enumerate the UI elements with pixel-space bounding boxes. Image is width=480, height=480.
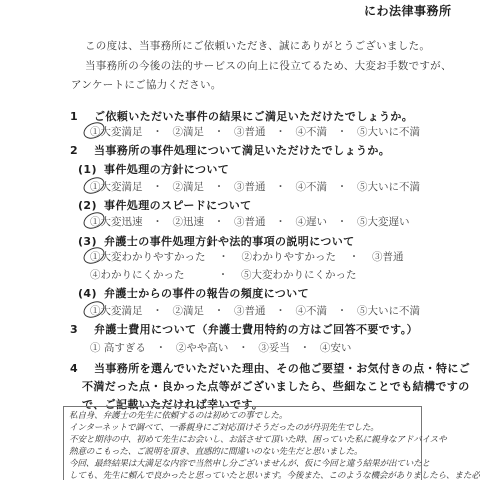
question-2: 2当事務所の事件処理について満足いただけたでしょうか。: [70, 142, 390, 158]
option-4[interactable]: ④わかりにくかった: [90, 267, 205, 282]
subquestion-4-options: ①大変満足・ ②満足・ ③普通・ ④不満・ ⑤大いに不満: [90, 303, 420, 318]
option-4[interactable]: ④遅い: [296, 214, 328, 229]
option-5[interactable]: ⑤大変わかりにくかった: [241, 267, 357, 282]
option-2[interactable]: ②わかりやすかった: [242, 249, 337, 264]
subquestion-2: (2)事件処理のスピードについて: [78, 197, 252, 213]
comment-line-2: インターネットで調べて、一番親身にご対応頂けそうだったのが丹羽先生でした。: [69, 421, 379, 433]
option-4[interactable]: ④不満: [296, 179, 328, 194]
option-2[interactable]: ②満足: [173, 179, 205, 194]
question-text-line-2: 不満だった点・良かった点等がございましたら、些細なことでも結構ですの: [82, 378, 470, 394]
option-1[interactable]: ① 高すぎる: [90, 340, 146, 355]
option-5[interactable]: ⑤大変遅い: [357, 214, 410, 229]
question-4: 4当事務所を選んでいただいた理由、その他ご要望・お気付きの点・特にご: [70, 360, 470, 376]
question-number: 1: [70, 110, 94, 123]
intro-line-2: 当事務所の今後の法的サービスの向上に役立てるため、大変お手数ですが、: [85, 58, 452, 73]
option-2[interactable]: ②やや高い: [176, 340, 229, 355]
comment-line-4: 熱意のこもった、ご説明を頂き、直感的に間違いのない先生だと思いました。: [69, 445, 362, 457]
subquestion-3: (3)弁護士の事件処理方針や法的事項の説明について: [78, 233, 355, 249]
comment-line-3: 不安と期待の中、初めて先生にお会いし、お話させて頂いた時、困っていた私に親身なア…: [69, 433, 446, 445]
intro-line-1: この度は、当事務所にご依頼いただき、誠にありがとうございました。: [85, 38, 430, 53]
subquestion-2-options: ①大変迅速・ ②迅速・ ③普通・ ④遅い・ ⑤大変遅い: [90, 214, 410, 229]
subquestion-1-options: ①大変満足・ ②満足・ ③普通・ ④不満・ ⑤大いに不満: [90, 179, 420, 194]
question-text: 当事務所の事件処理について満足いただけたでしょうか。: [94, 144, 390, 157]
question-number: 2: [70, 144, 94, 157]
firm-name: にわ法律事務所: [364, 2, 452, 19]
question-text-line-1: 当事務所を選んでいただいた理由、その他ご要望・お気付きの点・特にご: [94, 362, 470, 375]
question-3: 3弁護士費用について（弁護士費用特約の方はご回答不要です。）: [70, 321, 418, 337]
question-1-options: ①大変満足・ ②満足・ ③普通・ ④不満・ ⑤大いに不満: [90, 124, 420, 139]
question-text: 弁護士費用について（弁護士費用特約の方はご回答不要です。）: [94, 323, 418, 336]
question-3-options: ① 高すぎる・ ②やや高い・ ③妥当・ ④安い: [90, 340, 351, 355]
option-2[interactable]: ②迅速: [173, 214, 205, 229]
subquestion-1: (1)事件処理の方針について: [78, 161, 229, 177]
option-4[interactable]: ④安い: [320, 340, 352, 355]
question-number: 3: [70, 323, 94, 336]
comment-line-1: 私自身、弁護士の先生に依頼するのは初めての事でした。: [69, 409, 287, 421]
option-3[interactable]: ③妥当: [258, 340, 290, 355]
option-5[interactable]: ⑤大いに不満: [357, 179, 420, 194]
question-number: 4: [70, 362, 94, 375]
comment-line-6: しても、先生に頼んで良かったと思っていたと思います。今後また、このような機会があ…: [69, 469, 480, 480]
option-3[interactable]: ③普通: [372, 249, 404, 264]
option-3[interactable]: ③普通: [234, 214, 266, 229]
question-1: 1ご依頼いただいた事件の結果にご満足いただけたでしょうか。: [70, 108, 413, 124]
option-2[interactable]: ②満足: [173, 303, 205, 318]
intro-line-3: アンケートにご協力ください。: [71, 77, 222, 92]
option-3[interactable]: ③普通: [234, 179, 266, 194]
question-text: ご依頼いただいた事件の結果にご満足いただけたでしょうか。: [94, 110, 413, 123]
comment-line-5: 今回、最終結果は大満足な内容で当然申し分ございませんが、仮に今回と違う結果が出て…: [69, 457, 430, 469]
option-5[interactable]: ⑤大いに不満: [357, 303, 420, 318]
option-3[interactable]: ③普通: [234, 303, 266, 318]
subquestion-4: (4)弁護士からの事件の報告の頻度について: [78, 285, 309, 301]
option-3[interactable]: ③普通: [234, 124, 266, 139]
comment-box[interactable]: 私自身、弁護士の先生に依頼するのは初めての事でした。 インターネットで調べて、一…: [63, 406, 422, 480]
subquestion-3-options-row-2: ④わかりにくかった・ ⑤大変わかりにくかった: [90, 267, 357, 282]
option-1[interactable]: ①大変わかりやすかった: [90, 249, 206, 264]
option-4[interactable]: ④不満: [296, 303, 328, 318]
option-4[interactable]: ④不満: [296, 124, 328, 139]
subquestion-3-options-row-1: ①大変わかりやすかった・ ②わかりやすかった・ ③普通: [90, 249, 404, 264]
option-2[interactable]: ②満足: [173, 124, 205, 139]
option-5[interactable]: ⑤大いに不満: [357, 124, 420, 139]
